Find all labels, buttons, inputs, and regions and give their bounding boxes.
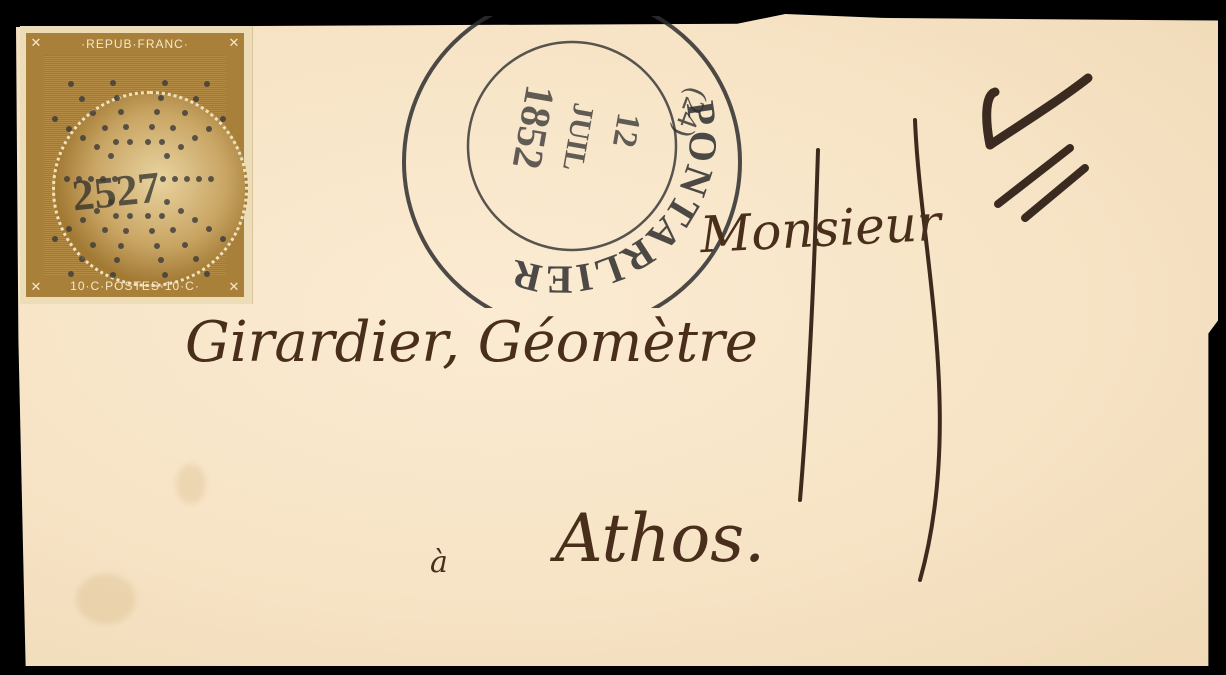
address-prefix: à [430,545,448,580]
address-line-name: Girardier, Géomètre [185,310,758,375]
address-town: Athos. [555,500,765,577]
cross-line-right [915,120,940,580]
tax-mark-stroke [987,78,1088,145]
tax-mark-slash [998,148,1070,204]
